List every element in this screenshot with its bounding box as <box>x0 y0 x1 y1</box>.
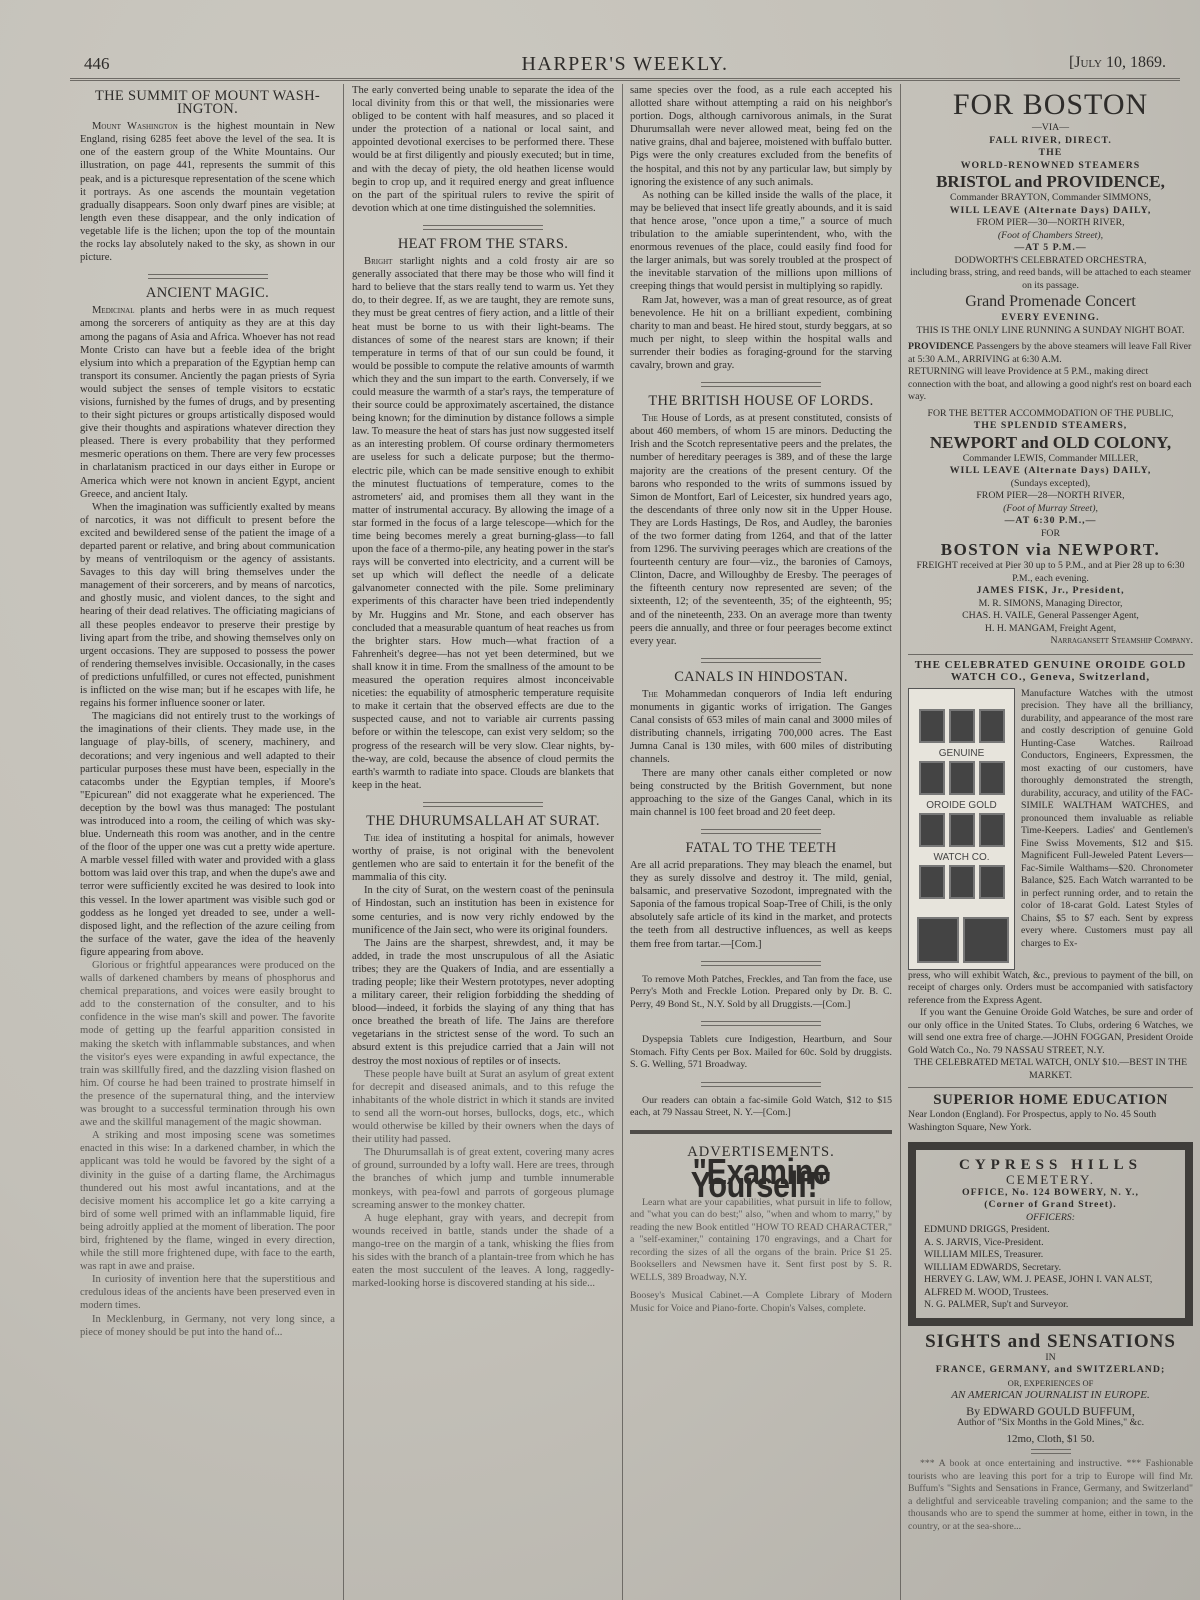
ad-text: CEMETERY. <box>924 1174 1177 1187</box>
ad-text: Commander BRAYTON, Commander SIMMONS, <box>908 192 1193 205</box>
ad-headline: SUPERIOR HOME EDUCATION <box>908 1091 1193 1109</box>
article-paragraph: A striking and most imposing scene was s… <box>80 1129 335 1273</box>
column-divider <box>622 84 623 1600</box>
headline-fatal-teeth: FATAL TO THE TEETH <box>630 842 892 855</box>
ad-text: *** A book at once entertaining and inst… <box>908 1458 1193 1533</box>
ad-headline: THE CELEBRATED GENUINE OROIDE GOLD WATCH… <box>908 659 1193 684</box>
ad-text: THE SPLENDID STEAMERS, <box>908 420 1193 433</box>
boston-steamer-ad: FOR BOSTON —VIA— FALL RIVER, DIRECT. THE… <box>908 88 1193 648</box>
ad-text: FALL RIVER, DIRECT. <box>908 135 1193 148</box>
sights-sensations-ad: SIGHTS and SENSATIONS IN FRANCE, GERMANY… <box>908 1332 1193 1534</box>
column-4-advertisements: FOR BOSTON —VIA— FALL RIVER, DIRECT. THE… <box>908 84 1193 1533</box>
watch-ad-text: press, who will exhibit Watch, &c., prev… <box>908 970 1193 1008</box>
section-rule <box>701 658 821 663</box>
ad-text: A. S. JARVIS, Vice-President. <box>924 1237 1177 1250</box>
article-paragraph: The Dhurumsallah is of great extent, cov… <box>352 1146 614 1211</box>
section-rule <box>148 274 268 279</box>
column-divider <box>900 84 901 1600</box>
ad-text: BRISTOL and PROVIDENCE, <box>908 172 1193 192</box>
publication-title: HARPER'S WEEKLY. <box>70 53 1180 76</box>
ad-text: including brass, string, and reed bands,… <box>908 267 1193 292</box>
ad-text: Commander LEWIS, Commander MILLER, <box>908 453 1193 466</box>
section-rule <box>701 961 821 966</box>
notice-dyspepsia: Dyspepsia Tablets cure Indigestion, Hear… <box>630 1034 892 1072</box>
ad-text: FREIGHT received at Pier 30 up to 5 P.M.… <box>908 560 1193 585</box>
column-3: same species over the food, as a rule ea… <box>630 84 892 1315</box>
continued-text: As nothing can be killed inside the wall… <box>630 189 892 294</box>
continued-text: The early converted being unable to sepa… <box>352 84 614 215</box>
ad-text: OFFICE, No. 124 BOWERY, N. Y., <box>924 1187 1177 1200</box>
headline-house-of-lords: THE BRITISH HOUSE OF LORDS. <box>630 395 892 408</box>
building-illustration: GENUINE OROIDE GOLD WATCH CO. <box>908 688 1015 970</box>
section-rule <box>701 1021 821 1026</box>
article-paragraph: A huge elephant, gray with years, and de… <box>352 1212 614 1291</box>
ad-text: (Sundays excepted), <box>908 478 1193 491</box>
newspaper-page: 446 HARPER'S WEEKLY. [July 10, 1869. THE… <box>0 0 1200 1600</box>
examine-yourself-headline: "Examine Yourself!" <box>650 1165 873 1191</box>
article-paragraph: Glorious or frightful appearances were p… <box>80 959 335 1129</box>
ad-text: THIS IS THE ONLY LINE RUNNING A SUNDAY N… <box>908 325 1193 338</box>
ad-text: FOR THE BETTER ACCOMMODATION OF THE PUBL… <box>908 408 1193 421</box>
section-rule <box>701 1082 821 1087</box>
ad-text: BOSTON via NEWPORT. <box>908 540 1193 560</box>
ad-text: —AT 6:30 P.M.,— <box>908 515 1193 528</box>
issue-date: [July 10, 1869. <box>1069 54 1166 72</box>
masthead: 446 HARPER'S WEEKLY. [July 10, 1869. <box>70 52 1180 81</box>
watch-ad-order: If you want the Genuine Oroide Gold Watc… <box>908 1007 1193 1057</box>
ad-text: JAMES FISK, Jr., President, <box>908 585 1193 598</box>
metal-watch-text: THE CELEBRATED METAL WATCH, ONLY $10.—BE… <box>908 1057 1193 1082</box>
article-body: Are all acrid preparations. They may ble… <box>630 859 892 951</box>
article-body: Bright starlight nights and a cold frost… <box>352 255 614 792</box>
continued-text: same species over the food, as a rule ea… <box>630 84 892 189</box>
notice-gold-watch: Our readers can obtain a fac-simile Gold… <box>630 1095 892 1120</box>
ad-text: AN AMERICAN JOURNALIST IN EUROPE. <box>908 1389 1193 1402</box>
ad-text: RETURNING will leave Providence at 5 P.M… <box>908 366 1193 404</box>
cypress-hills-ad: CYPRESS HILLS CEMETERY. OFFICE, No. 124 … <box>908 1142 1193 1326</box>
ad-text: Grand Promenade Concert <box>908 292 1193 312</box>
article-paragraph: When the imagination was sufficiently ex… <box>80 501 335 711</box>
ad-text: N. G. PALMER, Sup't and Surveyor. <box>924 1299 1177 1312</box>
ad-text: M. R. SIMONS, Managing Director, <box>908 598 1193 611</box>
ad-text: OR, EXPERIENCES OF <box>908 1377 1193 1390</box>
ad-text: FOR <box>908 528 1193 541</box>
column-2: The early converted being unable to sepa… <box>352 84 614 1290</box>
ad-headline: SIGHTS and SENSATIONS <box>908 1332 1193 1352</box>
article-paragraph: These people have built at Surat an asyl… <box>352 1068 614 1147</box>
ad-text: THE <box>908 147 1193 160</box>
article-paragraph: The idea of instituting a hospital for a… <box>352 832 614 884</box>
article-paragraph: The magicians did not entirely trust to … <box>80 710 335 959</box>
ad-text: Near London (England). For Prospectus, a… <box>908 1109 1193 1134</box>
ad-text: Author of "Six Months in the Gold Mines,… <box>908 1417 1193 1430</box>
watch-ad-description: Manufacture Watches with the utmost prec… <box>1021 688 1193 970</box>
notice-moth-lotion: To remove Moth Patches, Freckles, and Ta… <box>630 974 892 1012</box>
ad-text: (Foot of Chambers Street), <box>908 230 1193 243</box>
section-rule <box>701 382 821 387</box>
ad-text: (Foot of Murray Street), <box>908 503 1193 516</box>
article-paragraph: The Jains are the sharpest, shrewdest, a… <box>352 937 614 1068</box>
article-body: The House of Lords, as at present consti… <box>630 412 892 648</box>
ad-text: —VIA— <box>908 122 1193 135</box>
ad-headline: FOR BOSTON <box>908 88 1193 122</box>
ad-text: HERVEY G. LAW, WM. J. PEASE, JOHN I. VAN… <box>924 1274 1177 1299</box>
home-education-ad: SUPERIOR HOME EDUCATION Near London (Eng… <box>908 1091 1193 1134</box>
boosey-ad: Boosey's Musical Cabinet.—A Complete Lib… <box>630 1290 892 1315</box>
ad-text: —AT 5 P.M.— <box>908 242 1193 255</box>
oroide-watch-ad: THE CELEBRATED GENUINE OROIDE GOLD WATCH… <box>908 659 1193 1083</box>
ad-text: WILL LEAVE (Alternate Days) DAILY, <box>908 465 1193 478</box>
article-paragraph: Medicinal plants and herbs were in as mu… <box>80 304 335 500</box>
ad-text: PROVIDENCE Passengers by the above steam… <box>908 341 1193 366</box>
ad-text: By EDWARD GOULD BUFFUM, <box>908 1405 1193 1418</box>
headline-dhurumsallah: THE DHURUMSALLAH AT SURAT. <box>352 815 614 828</box>
article-paragraph: There are many other canals either compl… <box>630 767 892 819</box>
headline-ancient-magic: ANCIENT MAGIC. <box>80 287 335 300</box>
article-paragraph: In curiosity of invention here that the … <box>80 1273 335 1312</box>
ad-text: WILL LEAVE (Alternate Days) DAILY, <box>908 205 1193 218</box>
column-divider <box>343 84 344 1600</box>
ad-text: WILLIAM MILES, Treasurer. <box>924 1249 1177 1262</box>
section-rule <box>423 802 543 807</box>
section-rule <box>423 225 543 230</box>
ad-text: CHAS. H. VAILE, General Passenger Agent, <box>908 610 1193 623</box>
ad-text: OFFICERS: <box>924 1212 1177 1225</box>
ad-text: 12mo, Cloth, $1 50. <box>908 1433 1193 1446</box>
article-paragraph: In Mecklenburg, in Germany, not very lon… <box>80 1313 335 1339</box>
ad-text: DODWORTH'S CELEBRATED ORCHESTRA, <box>908 255 1193 268</box>
heavy-rule <box>630 1130 892 1134</box>
column-1: THE SUMMIT OF MOUNT WASH-INGTON. Mount W… <box>80 84 335 1339</box>
article-paragraph: In the city of Surat, on the western coa… <box>352 884 614 936</box>
ad-text: EDMUND DRIGGS, President. <box>924 1224 1177 1237</box>
headline-canals: CANALS IN HINDOSTAN. <box>630 671 892 684</box>
ad-text: WORLD-RENOWNED STEAMERS <box>908 160 1193 173</box>
ad-text: Narragansett Steamship Company. <box>908 635 1193 648</box>
headline-heat-from-stars: HEAT FROM THE STARS. <box>352 238 614 251</box>
article-paragraph: The Mohammedan conquerors of India left … <box>630 688 892 767</box>
section-rule <box>701 829 821 834</box>
continued-text: Ram Jat, however, was a man of great res… <box>630 294 892 373</box>
ad-text: FROM PIER—30—NORTH RIVER, <box>908 217 1193 230</box>
ad-text: FROM PIER—28—NORTH RIVER, <box>908 490 1193 503</box>
headline-mount-washington: THE SUMMIT OF MOUNT WASH-INGTON. <box>80 90 335 116</box>
ad-text: NEWPORT and OLD COLONY, <box>908 433 1193 453</box>
ad-text: FRANCE, GERMANY, and SWITZERLAND; <box>908 1364 1193 1377</box>
article-body: Mount Washington is the highest mountain… <box>80 120 335 264</box>
ad-text: IN <box>908 1352 1193 1365</box>
examine-yourself-body: Learn what are your capabilities, what p… <box>630 1197 892 1285</box>
ad-text: (Corner of Grand Street). <box>924 1199 1177 1212</box>
ad-text: WILLIAM EDWARDS, Secretary. <box>924 1262 1177 1275</box>
ad-text: H. H. MANGAM, Freight Agent, <box>908 623 1193 636</box>
ad-text: EVERY EVENING. <box>908 312 1193 325</box>
